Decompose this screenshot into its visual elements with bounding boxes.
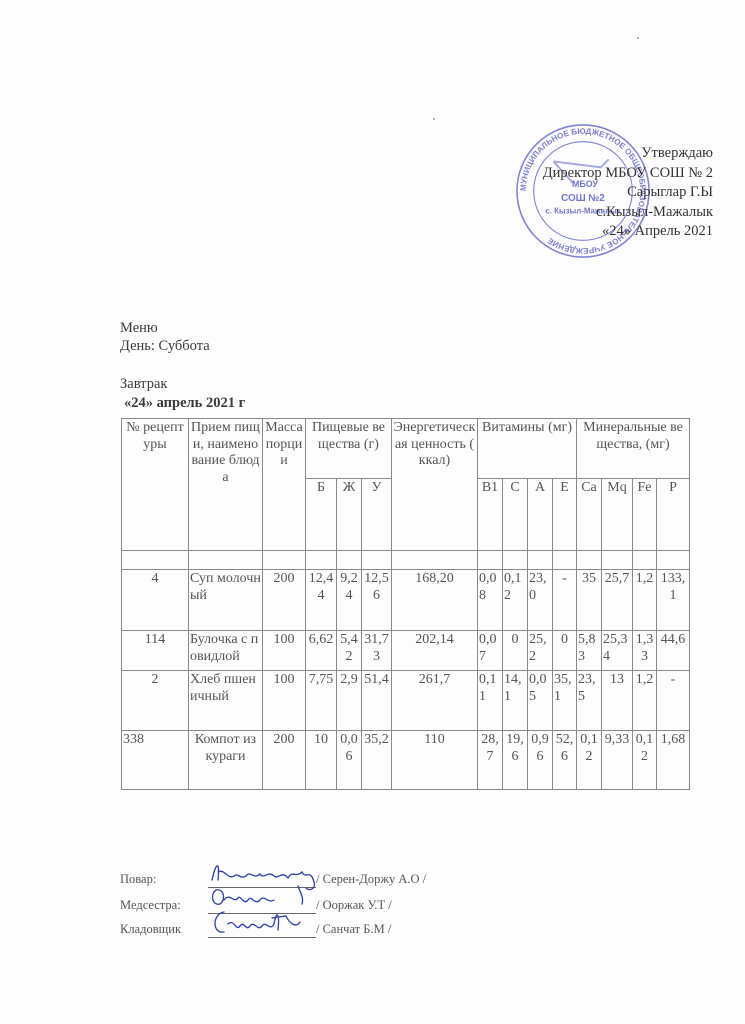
subheader-cell: Ж [337, 479, 362, 551]
cell-e: 0 [553, 631, 577, 671]
cell-ca: 23,5 [577, 671, 602, 731]
cell-c: 19,6 [503, 731, 528, 790]
cell-energy: 261,7 [392, 671, 478, 731]
header-nutrients: Пищевые вещества (г) [306, 419, 392, 479]
menu-date: «24» апрель 2021 г [124, 395, 245, 412]
signature-name: / Серен-Доржу А.О / [316, 872, 426, 887]
cell-mq: 25,34 [602, 631, 633, 671]
header-recipe-no: № рецептуры [122, 419, 189, 551]
cell-zh: 9,24 [337, 570, 362, 631]
cell-zh: 0,06 [337, 731, 362, 790]
cell-mq: 25,7 [602, 570, 633, 631]
approval-director-name: Сарыглар Г.Ы [543, 183, 713, 203]
approval-block: Утверждаю Директор МБОУ СОШ № 2 Сарыглар… [543, 144, 713, 242]
menu-title: Меню [120, 320, 158, 337]
header-vitamins: Витамины (мг) [478, 419, 577, 479]
cell-ca: 35 [577, 570, 602, 631]
cell-c: 14,1 [503, 671, 528, 731]
subheader-cell: С [503, 479, 528, 551]
table-row: 2Хлеб пшеничный1007,752,951,4261,70,1114… [122, 671, 690, 731]
cell-mq: 9,33 [602, 731, 633, 790]
cell-u: 35,2 [362, 731, 392, 790]
cell-u: 31,73 [362, 631, 392, 671]
subheader-cell: Fe [633, 479, 657, 551]
subheader-cell: А [528, 479, 553, 551]
scan-speck [433, 118, 435, 120]
table-row: 338Компот из кураги200100,0635,211028,71… [122, 731, 690, 790]
cell-p: 1,68 [657, 731, 690, 790]
subheader-cell: Са [577, 479, 602, 551]
cell-b1: 0,07 [478, 631, 503, 671]
cell-dish: Суп молочный [189, 570, 263, 631]
cell-fe: 0,12 [633, 731, 657, 790]
subheader-cell: Р [657, 479, 690, 551]
cell-energy: 168,20 [392, 570, 478, 631]
cell-zh: 2,9 [337, 671, 362, 731]
cell-c: 0,12 [503, 570, 528, 631]
cell-recipe: 2 [122, 671, 189, 731]
cell-u: 12,56 [362, 570, 392, 631]
cell-a: 23,0 [528, 570, 553, 631]
cell-c: 0 [503, 631, 528, 671]
table-row: 4Суп молочный20012,449,2412,56168,200,08… [122, 570, 690, 631]
cell-ca: 5,83 [577, 631, 602, 671]
signature-role: Кладовщик [120, 922, 181, 937]
cell-p: 133,1 [657, 570, 690, 631]
header-minerals: Минеральные вещества, (мг) [577, 419, 690, 479]
cell-dish: Компот из кураги [189, 731, 263, 790]
menu-day: День: Суббота [120, 338, 210, 355]
table-row: 114Булочка с повидлой1006,625,4231,73202… [122, 631, 690, 671]
menu-table: № рецептуры Прием пищи, наименование блю… [121, 418, 690, 790]
cell-recipe: 338 [122, 731, 189, 790]
cell-mass: 200 [263, 570, 306, 631]
signature-name: / Санчат Б.М / [316, 922, 391, 937]
cell-ca: 0,12 [577, 731, 602, 790]
cell-b1: 0,11 [478, 671, 503, 731]
cell-b: 12,44 [306, 570, 337, 631]
cell-e: - [553, 570, 577, 631]
cell-p: - [657, 671, 690, 731]
cell-zh: 5,42 [337, 631, 362, 671]
subheader-cell: Мq [602, 479, 633, 551]
cell-mq: 13 [602, 671, 633, 731]
cell-a: 0,96 [528, 731, 553, 790]
cell-a: 25,2 [528, 631, 553, 671]
cell-fe: 1,2 [633, 671, 657, 731]
approval-title: Утверждаю [543, 144, 713, 164]
cell-recipe: 114 [122, 631, 189, 671]
approval-date: «24» Апрель 2021 [543, 222, 713, 242]
cell-p: 44,6 [657, 631, 690, 671]
cell-e: 52,6 [553, 731, 577, 790]
cell-e: 35,1 [553, 671, 577, 731]
empty-row [122, 551, 690, 570]
cell-u: 51,4 [362, 671, 392, 731]
signature-role: Повар: [120, 872, 156, 887]
cell-b: 7,75 [306, 671, 337, 731]
header-portion: Масса порции [263, 419, 306, 551]
header-energy: Энергетическая ценность ( ккал) [392, 419, 478, 551]
cell-energy: 110 [392, 731, 478, 790]
handwritten-signature-icon [210, 908, 320, 944]
meal-name: Завтрак [120, 376, 167, 393]
cell-mass: 100 [263, 671, 306, 731]
cell-recipe: 4 [122, 570, 189, 631]
signature-name: / Ооржак У.Т / [316, 898, 392, 913]
cell-dish: Булочка с повидлой [189, 631, 263, 671]
subheader-cell: В1 [478, 479, 503, 551]
cell-a: 0,05 [528, 671, 553, 731]
subheader-cell: У [362, 479, 392, 551]
header-dish: Прием пищи, наименование блюда [189, 419, 263, 551]
cell-mass: 100 [263, 631, 306, 671]
scan-speck [637, 37, 639, 39]
cell-fe: 1,2 [633, 570, 657, 631]
cell-b1: 0,08 [478, 570, 503, 631]
cell-b: 10 [306, 731, 337, 790]
cell-b1: 28,7 [478, 731, 503, 790]
subheader-cell: Е [553, 479, 577, 551]
signature-role: Медсестра: [120, 898, 181, 913]
cell-dish: Хлеб пшеничный [189, 671, 263, 731]
subheader-cell: Б [306, 479, 337, 551]
cell-energy: 202,14 [392, 631, 478, 671]
cell-fe: 1,33 [633, 631, 657, 671]
approval-position: Директор МБОУ СОШ № 2 [543, 164, 713, 184]
cell-b: 6,62 [306, 631, 337, 671]
cell-mass: 200 [263, 731, 306, 790]
approval-location: с.Кызыл-Мажалык [543, 203, 713, 223]
